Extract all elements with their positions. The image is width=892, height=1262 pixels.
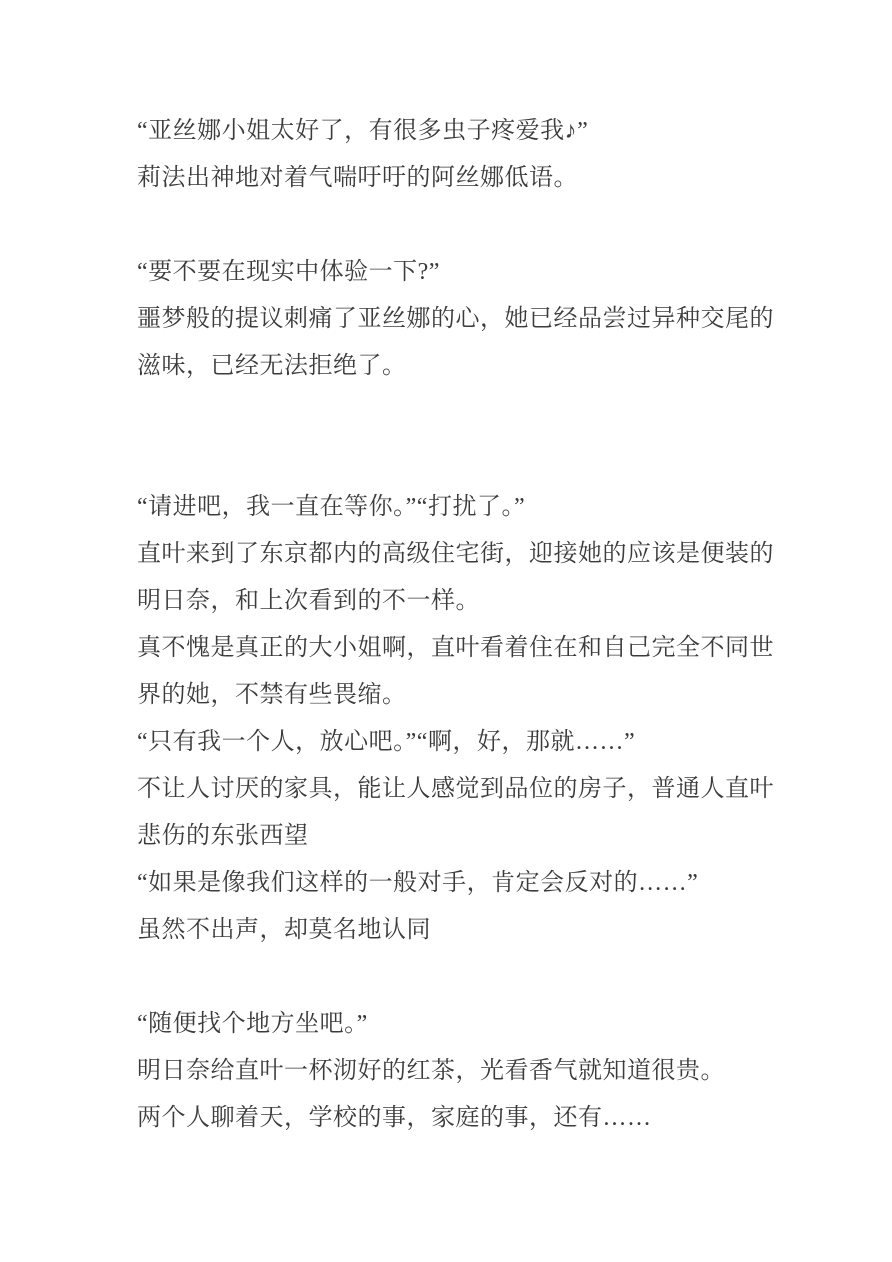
text-line: 噩梦般的提议刺痛了亚丝娜的心，她已经品尝过异种交尾的 bbox=[137, 296, 762, 343]
text-line: 明日奈，和上次看到的不一样。 bbox=[137, 578, 762, 625]
text-line: 明日奈给直叶一杯沏好的红茶，光看香气就知道很贵。 bbox=[137, 1048, 762, 1095]
text-content: “亚丝娜小姐太好了，有很多虫子疼爱我♪” 莉法出神地对着气喘吁吁的阿丝娜低语。 … bbox=[0, 0, 892, 1142]
text-line: “亚丝娜小姐太好了，有很多虫子疼爱我♪” bbox=[137, 108, 762, 155]
text-line: 直叶来到了东京都内的高级住宅街，迎接她的应该是便装的 bbox=[137, 531, 762, 578]
paragraph-block-2: “要不要在现实中体验一下?” 噩梦般的提议刺痛了亚丝娜的心，她已经品尝过异种交尾… bbox=[137, 249, 762, 390]
text-line: 界的她，不禁有些畏缩。 bbox=[137, 672, 762, 719]
paragraph-block-3: “请进吧，我一直在等你。”“打扰了。” 直叶来到了东京都内的高级住宅街，迎接她的… bbox=[137, 484, 762, 954]
text-line: 不让人讨厌的家具，能让人感觉到品位的房子，普通人直叶 bbox=[137, 766, 762, 813]
text-line: “请进吧，我一直在等你。”“打扰了。” bbox=[137, 484, 762, 531]
text-line: 虽然不出声，却莫名地认同 bbox=[137, 907, 762, 954]
text-line: 真不愧是真正的大小姐啊，直叶看着住在和自己完全不同世 bbox=[137, 625, 762, 672]
text-line: 两个人聊着天，学校的事，家庭的事，还有…… bbox=[137, 1095, 762, 1142]
paragraph-block-4: “随便找个地方坐吧。” 明日奈给直叶一杯沏好的红茶，光看香气就知道很贵。 两个人… bbox=[137, 1001, 762, 1142]
text-line: “如果是像我们这样的一般对手，肯定会反对的……” bbox=[137, 860, 762, 907]
document-page: “亚丝娜小姐太好了，有很多虫子疼爱我♪” 莉法出神地对着气喘吁吁的阿丝娜低语。 … bbox=[0, 0, 892, 1262]
text-line: 莉法出神地对着气喘吁吁的阿丝娜低语。 bbox=[137, 155, 762, 202]
text-line: “只有我一个人，放心吧。”“啊，好，那就……” bbox=[137, 719, 762, 766]
text-line: “随便找个地方坐吧。” bbox=[137, 1001, 762, 1048]
text-line: “要不要在现实中体验一下?” bbox=[137, 249, 762, 296]
text-line: 悲伤的东张西望 bbox=[137, 813, 762, 860]
paragraph-block-1: “亚丝娜小姐太好了，有很多虫子疼爱我♪” 莉法出神地对着气喘吁吁的阿丝娜低语。 bbox=[137, 108, 762, 202]
text-line: 滋味，已经无法拒绝了。 bbox=[137, 343, 762, 390]
